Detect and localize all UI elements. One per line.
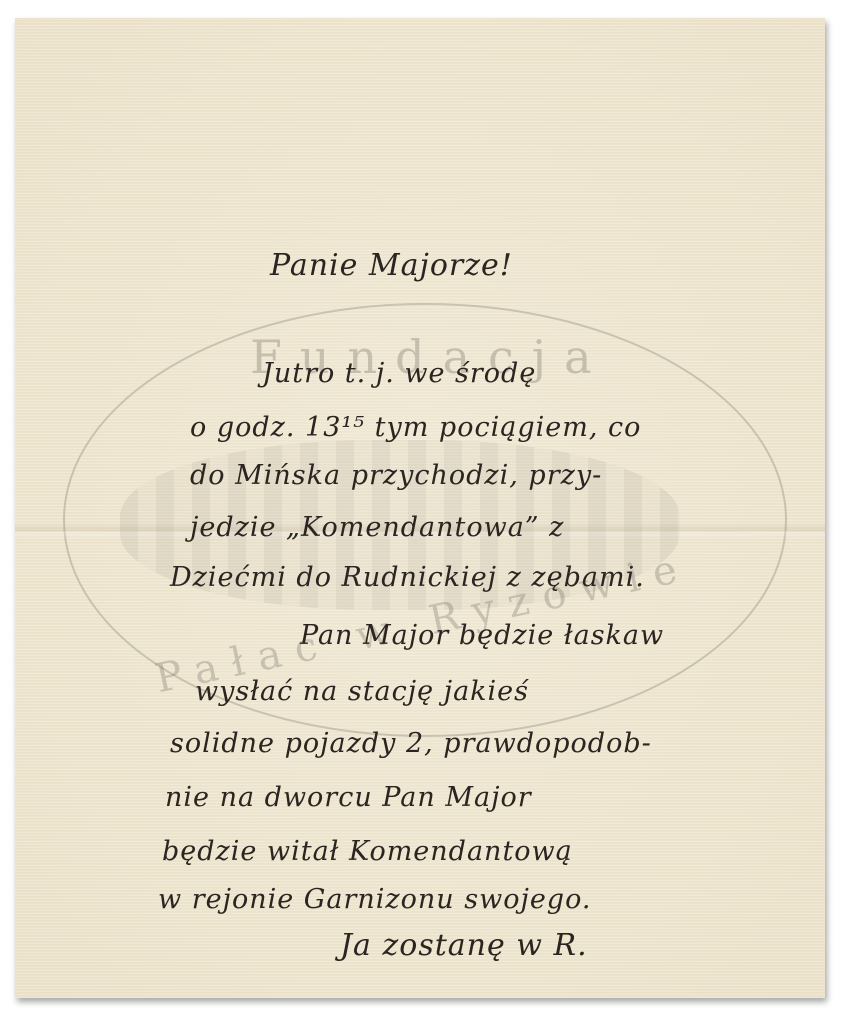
letter-line-12: Ja zostanę w R. <box>340 928 588 963</box>
letter-line-11: w rejonie Garnizonu swojego. <box>158 884 591 915</box>
letter-line-3: do Mińska przychodzi, przy- <box>190 460 602 491</box>
letter-line-9: nie na dworcu Pan Major <box>165 782 532 813</box>
letter-line-5: Dziećmi do Rudnickiej z zębami. <box>170 562 645 593</box>
letter-line-4: jedzie „Komendantowa” z <box>190 512 564 543</box>
letter-line-10: będzie witał Komendantową <box>162 836 573 867</box>
salutation: Panie Majorze! <box>270 248 513 283</box>
letter-line-1: Jutro t. j. we środę <box>262 358 536 389</box>
letter-line-7: wysłać na stację jakieś <box>195 676 529 707</box>
letter-line-8: solidne pojazdy 2, prawdopodob- <box>170 728 652 759</box>
letter-line-6: Pan Major będzie łaskaw <box>300 620 664 651</box>
letter-line-2: o godz. 13¹⁵ tym pociągiem, co <box>190 412 641 443</box>
